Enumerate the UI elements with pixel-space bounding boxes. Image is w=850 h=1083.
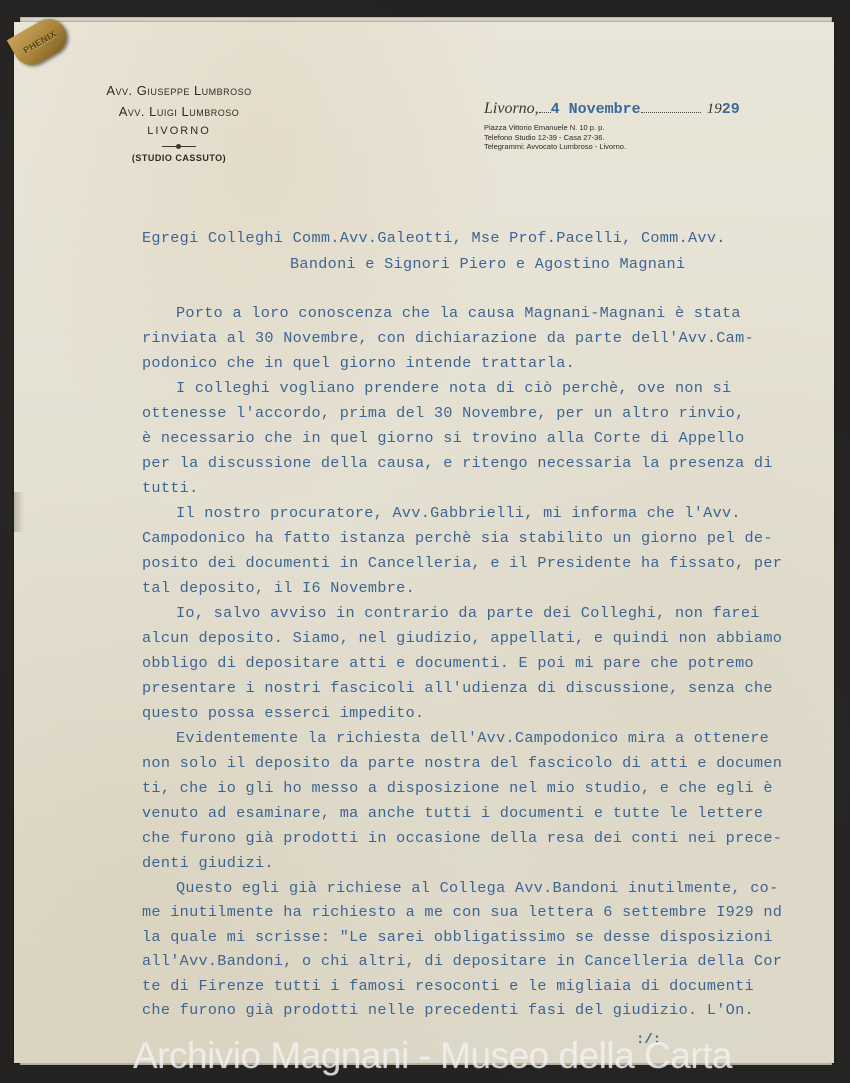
letterhead-studio: (STUDIO CASSUTO) <box>84 153 274 163</box>
body-line: la quale mi scrisse: "Le sarei obbligati… <box>142 927 773 947</box>
letterhead-divider <box>162 146 196 147</box>
body-line: denti giudizi. <box>142 853 274 873</box>
body-line: podonico che in quel giorno intende trat… <box>142 353 575 373</box>
letterhead-name-1: Avv. Giuseppe Lumbroso <box>84 80 274 101</box>
date-place: Livorno, <box>484 100 539 118</box>
body-line: posito dei documenti in Cancelleria, e i… <box>142 553 782 573</box>
body-line: venuto ad esaminare, ma anche tutti i do… <box>142 803 763 823</box>
addressee-line: Bandoni e Signori Piero e Agostino Magna… <box>290 254 685 274</box>
date-year-suffix: 29 <box>722 101 740 118</box>
body-line: all'Avv.Bandoni, o chi altri, di deposit… <box>142 951 782 971</box>
body-line: te di Firenze tutti i famosi resoconti e… <box>142 976 754 996</box>
letterhead: Avv. Giuseppe Lumbroso Avv. Luigi Lumbro… <box>84 80 274 163</box>
body-line: Evidentemente la richiesta dell'Avv.Camp… <box>176 728 769 748</box>
body-line: Porto a loro conoscenza che la causa Mag… <box>176 303 741 323</box>
body-line: Campodonico ha fatto istanza perchè sia … <box>142 528 773 548</box>
contact-info: Piazza Vittorio Emanuele N. 10 p. p. Tel… <box>484 123 784 152</box>
body-line: me inutilmente ha richiesto a me con sua… <box>142 902 782 922</box>
body-line: è necessario che in quel giorno si trovi… <box>142 428 745 448</box>
body-line: che furono già prodotti in occasione del… <box>142 828 782 848</box>
body-line: rinviata al 30 Novembre, con dichiarazio… <box>142 328 754 348</box>
body-line: I colleghi vogliano prendere nota di ciò… <box>176 378 731 398</box>
body-line: ti, che io gli ho messo a disposizione n… <box>142 778 773 798</box>
contact-phone: Telefono Studio 12-39 - Casa 27-36. <box>484 133 784 143</box>
body-line: tal deposito, il I6 Novembre. <box>142 578 415 598</box>
contact-address: Piazza Vittorio Emanuele N. 10 p. p. <box>484 123 784 133</box>
body-line: Il nostro procuratore, Avv.Gabbrielli, m… <box>176 503 741 523</box>
letterhead-name-2: Avv. Luigi Lumbroso <box>84 101 274 122</box>
body-line: obbligo di depositare atti e documenti. … <box>142 653 754 673</box>
body-line: che furono già prodotti nelle precedenti… <box>142 1000 754 1020</box>
body-line: alcun deposito. Siamo, nel giudizio, app… <box>142 628 782 648</box>
dotted-rule <box>539 100 551 113</box>
dateline: Livorno, 4 Novembre 19 29 Piazza Vittori… <box>484 100 784 152</box>
body-line: ottenesse l'accordo, prima del 30 Novemb… <box>142 403 745 423</box>
date-year-prefix: 19 <box>707 101 722 118</box>
body-line: per la discussione della causa, e riteng… <box>142 453 773 473</box>
addressee-line: Egregi Colleghi Comm.Avv.Galeotti, Mse P… <box>142 228 726 248</box>
paper-fold <box>14 492 24 532</box>
clip-label: PHENIX <box>22 29 59 56</box>
dotted-rule <box>641 100 701 113</box>
body-line: Questo egli già richiese al Collega Avv.… <box>176 878 779 898</box>
body-line: tutti. <box>142 478 198 498</box>
body-line: presentare i nostri fascicoli all'udienz… <box>142 678 773 698</box>
date-day-month: 4 Novembre <box>551 101 641 118</box>
letterhead-city: LIVORNO <box>84 122 274 140</box>
body-line: questo possa esserci impedito. <box>142 703 424 723</box>
body-line: Io, salvo avviso in contrario da parte d… <box>176 603 760 623</box>
archive-watermark: Archivio Magnani - Museo della Carta <box>133 1033 850 1079</box>
body-line: non solo il deposito da parte nostra del… <box>142 753 782 773</box>
contact-telegram: Telegrammi: Avvocato Lumbroso - Livorno. <box>484 142 784 152</box>
